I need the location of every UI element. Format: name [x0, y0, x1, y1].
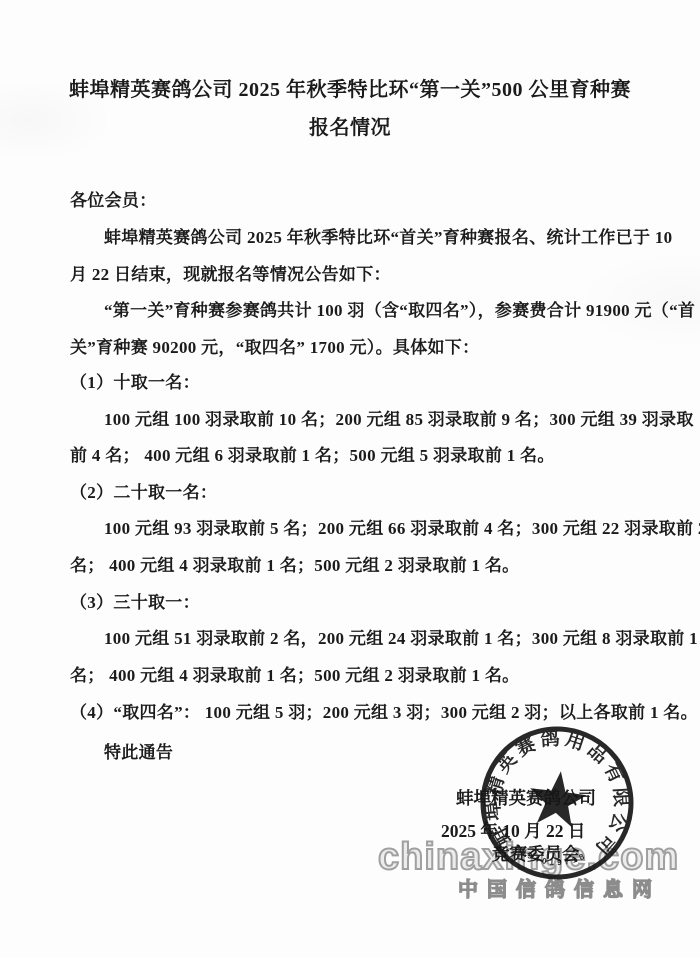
seal-star-icon: [526, 768, 589, 829]
salutation: 各位会员：: [70, 186, 157, 211]
intro-line-2: 月 22 日结束，现就报名等情况公告如下：: [70, 260, 391, 285]
document-title-line1: 蚌埠精英赛鸽公司 2025 年秋季特比环“第一关”500 公里育种赛: [0, 73, 700, 102]
section-4-heading: （4）“取四名”： 100 元组 5 羽；200 元组 3 羽；300 元组 2…: [70, 698, 698, 723]
section-1-line-2: 前 4 名； 400 元组 6 羽录取前 1 名；500 元组 5 羽录取前 1…: [70, 441, 555, 466]
section-3-line-1: 100 元组 51 羽录取前 2 名，200 元组 24 羽录取前 1 名；30…: [104, 624, 698, 649]
section-3-line-2: 名； 400 元组 4 羽录取前 1 名；500 元组 2 羽录取前 1 名。: [70, 661, 519, 686]
company-seal-stamp: 蚌埠精英赛鸽用品有限公司 8094019718: [477, 723, 637, 883]
summary-line-1: “第一关”育种赛参赛鸽共计 100 羽（含“取四名”），参赛费合计 91900 …: [104, 296, 695, 321]
section-1-line-1: 100 元组 100 羽录取前 10 名；200 元组 85 羽录取前 9 名；…: [104, 405, 694, 430]
section-2-heading: （2）二十取一名：: [70, 478, 217, 503]
closing-notice: 特此通告: [104, 738, 173, 763]
document-title-line2: 报名情况: [0, 111, 700, 140]
section-2-line-2: 名； 400 元组 4 羽录取前 1 名；500 元组 2 羽录取前 1 名。: [70, 551, 519, 576]
summary-line-2: 关”育种赛 90200 元，“取四名” 1700 元）。具体如下：: [70, 333, 479, 358]
section-2-line-1: 100 元组 93 羽录取前 5 名；200 元组 66 羽录取前 4 名；30…: [104, 514, 700, 539]
intro-line-1: 蚌埠精英赛鸽公司 2025 年秋季特比环“首关”育种赛报名、统计工作已于 10: [104, 223, 672, 248]
section-1-heading: （1）十取一名：: [70, 368, 200, 393]
section-3-heading: （3）三十取一：: [70, 588, 200, 613]
scanned-document-page: chinaxinge.com 中国信鸽信息网 蚌埠精英赛鸽公司 2025 年秋季…: [0, 0, 700, 958]
